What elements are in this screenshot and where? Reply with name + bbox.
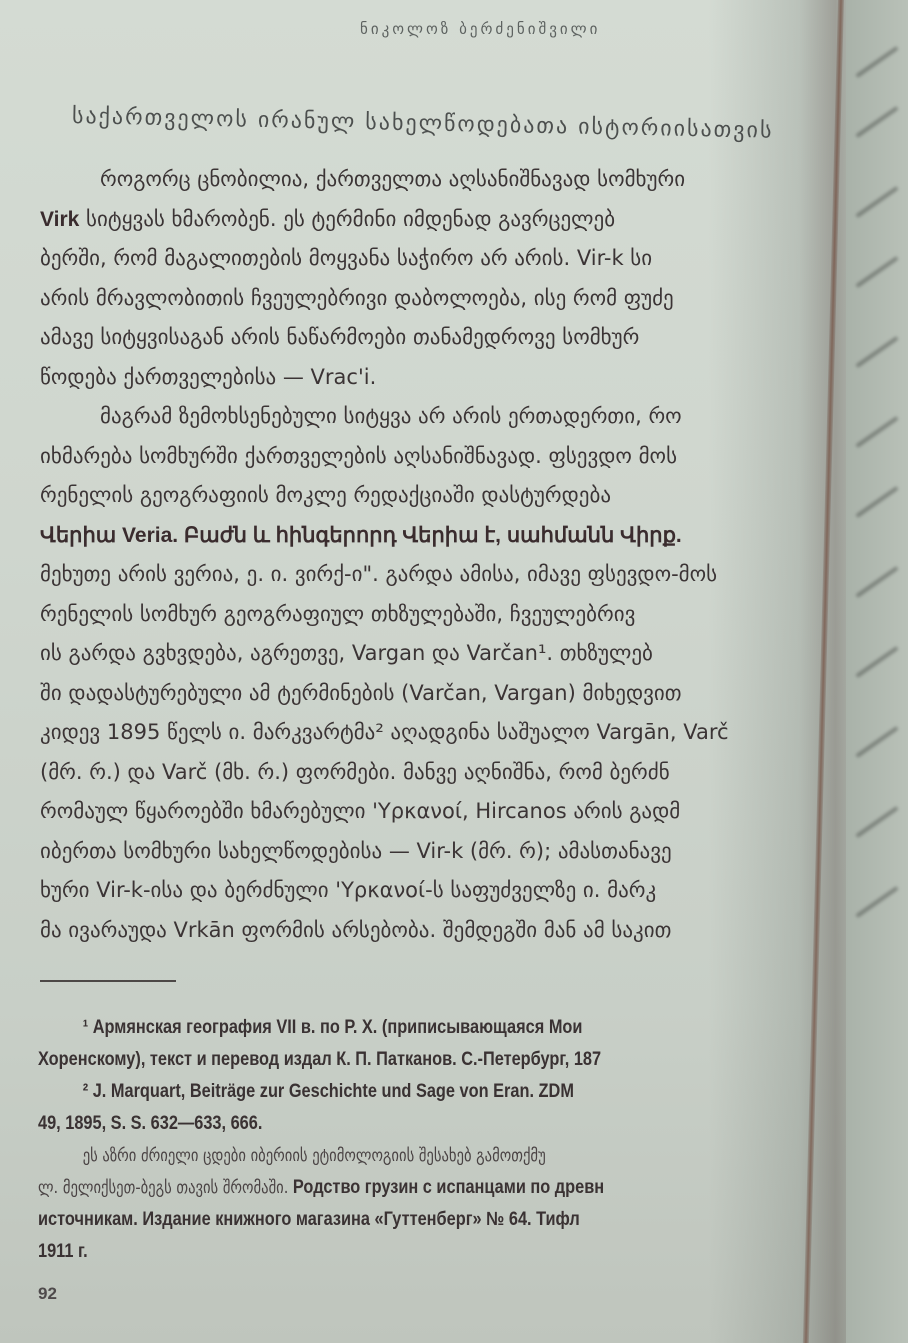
line-text: მა ივარაუდა Vrkān ფორმის არსებობა. შემდე… (40, 918, 671, 942)
text-line: ბერში, რომ მაგალითების მოყვანა საჭირო არ… (40, 239, 830, 279)
footnote-line: ¹ Армянская география VII в. по Р. Х. (п… (38, 1012, 726, 1044)
footnote-text: 49, 1895, S. S. 632—633, 666. (38, 1113, 262, 1134)
footnote-text: ¹ Армянская география VII в. по Р. Х. (п… (83, 1017, 583, 1038)
footnote-georgian-text: ეს აზრი ძრიელი ცდები იბერიის ეტიმოლოგიის… (83, 1146, 546, 1166)
line-text: იხმარება სომხურში ქართველების აღსანიშნავ… (40, 444, 677, 468)
line-text: მაგრამ ზემოხსენებული სიტყვა არ არის ერთა… (100, 404, 682, 428)
footnote-line: ლ. მელიქსეთ-ბეგს თავის შრომაში. Родство … (38, 1172, 726, 1204)
line-text: რენელის გეოგრაფიის მოკლე რედაქციაში დასტ… (40, 483, 611, 507)
line-text: წოდება ქართველებისა — Vrac'i. (40, 365, 376, 389)
text-line: რენელის გეოგრაფიის მოკლე რედაქციაში დასტ… (40, 476, 830, 516)
line-text: სიტყვას ხმარობენ. ეს ტერმინი იმდენად გავ… (79, 207, 615, 231)
text-line: ში დადასტურებული ამ ტერმინების (Varčan, … (40, 674, 830, 714)
footnote-text: источникам. Издание книжного магазина «Г… (38, 1209, 580, 1230)
text-line: ხური Vir-k-ისა და ბერძნული 'Υρκανοί-ს სა… (40, 871, 830, 911)
line-text: ამავე სიტყვისაგან არის ნაწარმოები თანამე… (40, 325, 639, 349)
page-number: 92 (38, 1284, 57, 1304)
footnote-line: источникам. Издание книжного магазина «Г… (38, 1204, 726, 1236)
facing-page-edge (846, 0, 908, 1343)
text-line: როგორც ცნობილია, ქართველთა აღსანიშნავად … (40, 160, 830, 200)
footnote-line: 1911 г. (38, 1236, 726, 1268)
text-line: მეხუთე არის ვერია, ე. ი. ვირქ-ი". გარდა … (40, 555, 830, 595)
body-text: როგორც ცნობილია, ქართველთა აღსანიშნავად … (40, 160, 830, 950)
text-line: რომაულ წყაროებში ხმარებული 'Υρκανοί, Hir… (40, 792, 830, 832)
line-text: არის მრავლობითის ჩვეულებრივი დაბოლოება, … (40, 286, 674, 310)
text-line: Virk სიტყვას ხმარობენ. ეს ტერმინი იმდენა… (40, 200, 830, 240)
line-text: (მრ. რ.) და Varč (მხ. რ.) ფორმები. მანვე… (40, 760, 670, 784)
footnote-text: Хоренскому), текст и перевод издал К. П.… (38, 1049, 601, 1070)
text-line: მა ივარაუდა Vrkān ფორმის არსებობა. შემდე… (40, 911, 830, 951)
running-head: ნიკოლოზ ბერძენიშვილი (360, 20, 600, 38)
footnote-line: Хоренскому), текст и перевод издал К. П.… (38, 1044, 726, 1076)
text-line: რენელის სომხურ გეოგრაფიულ თხზულებაში, ჩვ… (40, 595, 830, 635)
footnote-line: 49, 1895, S. S. 632—633, 666. (38, 1108, 726, 1140)
line-text: კიდევ 1895 წელს ი. მარკვარტმა² აღადგინა … (40, 720, 729, 744)
footnote-divider (40, 980, 176, 982)
line-text: ის გარდა გვხვდება, აგრეთვე, Vargan და Va… (40, 641, 653, 665)
footnote-georgian-text: ლ. მელიქსეთ-ბეგს თავის შრომაში. (38, 1178, 288, 1198)
footnote-line: ეს აზრი ძრიელი ცდები იბერიის ეტიმოლოგიის… (38, 1140, 726, 1172)
line-text: ხური Vir-k-ისა და ბერძნული 'Υρκανοί-ს სა… (40, 878, 656, 902)
text-line: კიდევ 1895 წელს ი. მარკვარტმა² აღადგინა … (40, 713, 830, 753)
line-text: როგორც ცნობილია, ქართველთა აღსანიშნავად … (100, 167, 685, 191)
footnotes: ¹ Армянская география VII в. по Р. Х. (п… (38, 1012, 838, 1268)
armenian-quote: Վերիա Veria. Բաժն և հինգերորդ Վերիա է, ս… (40, 524, 682, 547)
line-text: რენელის სომხურ გეოგრაფიულ თხზულებაში, ჩვ… (40, 602, 635, 626)
footnote-text: ² J. Marquart, Beiträge zur Geschichte u… (83, 1081, 574, 1102)
line-text: იბერთა სომხური სახელწოდებისა — Vir-k (მრ… (40, 839, 672, 863)
line-text: მეხუთე არის ვერია, ე. ი. ვირქ-ი". გარდა … (40, 562, 717, 586)
line-text: ბერში, რომ მაგალითების მოყვანა საჭირო არ… (40, 246, 652, 270)
footnote-text: Родство грузин с испанцами по древн (288, 1177, 604, 1198)
text-line: იხმარება სომხურში ქართველების აღსანიშნავ… (40, 437, 830, 477)
line-text: ში დადასტურებული ამ ტერმინების (Varčan, … (40, 681, 682, 705)
text-line: მაგრამ ზემოხსენებული სიტყვა არ არის ერთა… (40, 397, 830, 437)
latin-term: Virk (40, 208, 79, 231)
text-line: Վերիա Veria. Բաժն և հինգերորդ Վերիա է, ս… (40, 516, 830, 556)
text-line: იბერთა სომხური სახელწოდებისა — Vir-k (მრ… (40, 832, 830, 872)
footnote-text: 1911 г. (38, 1241, 88, 1262)
text-line: არის მრავლობითის ჩვეულებრივი დაბოლოება, … (40, 279, 830, 319)
text-line: ის გარდა გვხვდება, აგრეთვე, Vargan და Va… (40, 634, 830, 674)
text-line: ამავე სიტყვისაგან არის ნაწარმოები თანამე… (40, 318, 830, 358)
line-text: რომაულ წყაროებში ხმარებული 'Υρκανοί, Hir… (40, 799, 680, 823)
text-line: (მრ. რ.) და Varč (მხ. რ.) ფორმები. მანვე… (40, 753, 830, 793)
text-line: წოდება ქართველებისა — Vrac'i. (40, 358, 830, 398)
footnote-line: ² J. Marquart, Beiträge zur Geschichte u… (38, 1076, 726, 1108)
